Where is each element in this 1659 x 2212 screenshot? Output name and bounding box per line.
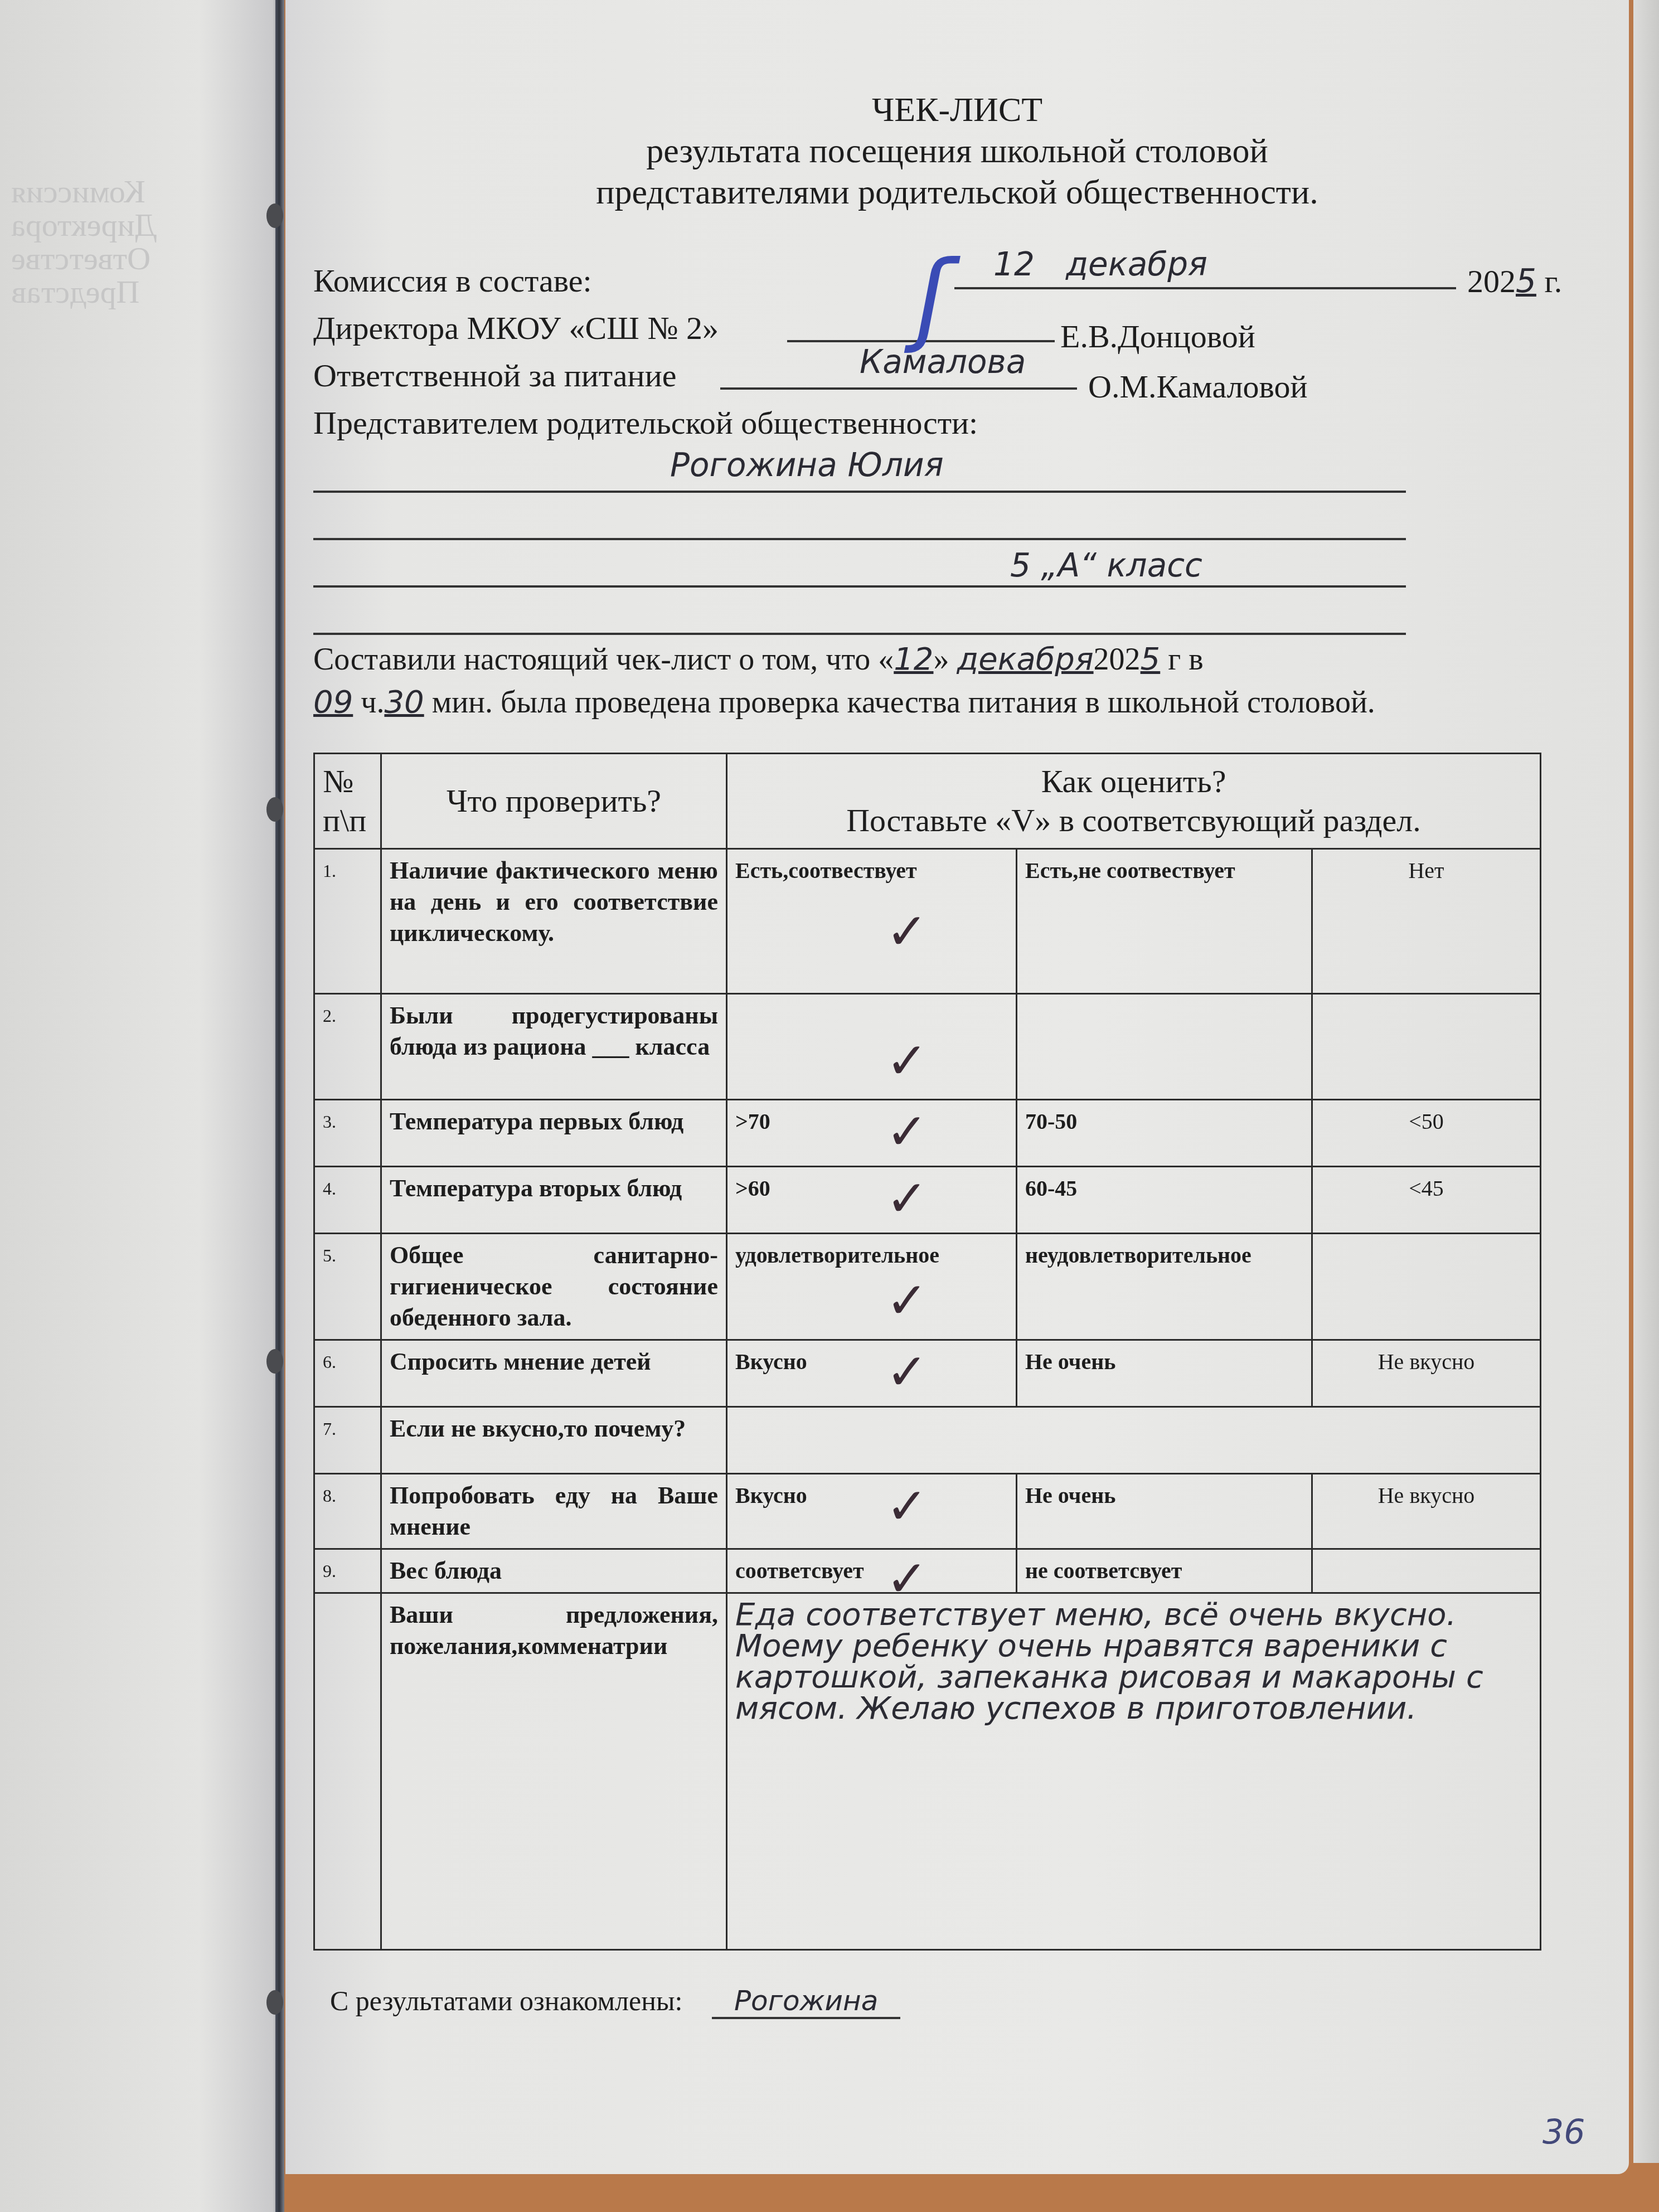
row-option-cell[interactable]: Вкусно✓ — [727, 1474, 1017, 1549]
row-option-cell[interactable] — [1312, 1549, 1541, 1593]
option-label: Не вкусно — [1378, 1349, 1475, 1374]
table-row: 4.Температура вторых блюд>60✓60-45<45 — [314, 1167, 1541, 1234]
row-option-cell[interactable] — [1312, 994, 1541, 1100]
ghost-text: Комиссия — [11, 173, 145, 210]
parent-class: 5 „А“ класс — [1010, 546, 1202, 584]
checklist-table: № п\п Что проверить? Как оценить? Постав… — [313, 753, 1541, 1951]
commission-label: Комиссия в составе: — [313, 262, 592, 299]
binder-ring — [266, 1990, 283, 2015]
check-mark-icon: ✓ — [886, 1036, 928, 1086]
table-row: 3.Температура первых блюд>70✓70-50<50 — [314, 1100, 1541, 1167]
row-number: 8. — [314, 1474, 381, 1549]
row-criterion: Общее санитарно-гигиеническое состояние … — [381, 1234, 727, 1340]
row-number: 7. — [314, 1407, 381, 1474]
nutrition-label: Ответственной за питание — [313, 357, 676, 394]
page-number: 36 — [1542, 2113, 1585, 2152]
header-date-day: 12 — [993, 245, 1035, 283]
director-label: Директора МКОУ «СШ № 2» — [313, 309, 719, 347]
row-criterion: Наличие фактического меню на день и его … — [381, 849, 727, 994]
acknowledged-label: С результатами ознакомлены: — [330, 1985, 682, 2016]
header-what: Что проверить? — [381, 754, 727, 849]
document-subtitle: результата посещения школьной столовой — [285, 130, 1629, 172]
option-label: Не очень — [1025, 1483, 1115, 1508]
option-label: >70 — [735, 1109, 770, 1134]
option-label: Вкусно — [735, 1349, 807, 1374]
director-name: Е.В.Донцовой — [1060, 318, 1255, 355]
row-option-cell[interactable]: не соответсвует — [1017, 1549, 1312, 1593]
check-mark-icon: ✓ — [886, 1174, 928, 1224]
row-option-cell[interactable]: соответсвует✓ — [727, 1549, 1017, 1593]
table-row: 7.Если не вкусно,то почему? — [314, 1407, 1541, 1474]
row-option-cell[interactable]: <50 — [1312, 1100, 1541, 1167]
table-row: 5.Общее санитарно-гигиеническое состояни… — [314, 1234, 1541, 1340]
row-option-cell[interactable]: <45 — [1312, 1167, 1541, 1234]
row-number: 5. — [314, 1234, 381, 1340]
row-number: 9. — [314, 1549, 381, 1593]
option-label: >60 — [735, 1176, 770, 1201]
row-option-cell[interactable]: 70-50 — [1017, 1100, 1312, 1167]
row-option-cell[interactable]: >60✓ — [727, 1167, 1017, 1234]
option-label: Есть,соотвествует — [735, 858, 917, 883]
row-option-cell[interactable] — [1312, 1234, 1541, 1340]
option-label: Не очень — [1025, 1349, 1115, 1374]
page-edge — [1633, 0, 1659, 2163]
row-number: 6. — [314, 1340, 381, 1407]
header-date-month: декабря — [1066, 245, 1207, 283]
left-page: Комиссия Директора Ответстве Представ — [0, 0, 284, 2212]
table-row-comments: Ваши предложения, пожелания,комменатрии … — [314, 1593, 1541, 1950]
check-mark-icon: ✓ — [886, 1107, 928, 1157]
check-mark-icon: ✓ — [886, 907, 928, 957]
row-criterion: Вес блюда — [381, 1549, 727, 1593]
row-option-cell[interactable]: Есть,соотвествует✓ — [727, 849, 1017, 994]
binder-ring — [266, 1349, 283, 1374]
option-label: Есть,не соотвествует — [1025, 858, 1235, 883]
row-option-cell[interactable]: Не вкусно — [1312, 1474, 1541, 1549]
row-criterion: Были продегустированы блюда из рациона _… — [381, 994, 727, 1100]
row-criterion: Спросить мнение детей — [381, 1340, 727, 1407]
row-number: 1. — [314, 849, 381, 994]
binder-spine — [275, 0, 283, 2212]
check-mark-icon: ✓ — [886, 1347, 928, 1398]
header-number: № п\п — [314, 754, 381, 849]
row-option-cell[interactable] — [1017, 994, 1312, 1100]
row-option-cell[interactable]: ✓ — [727, 994, 1017, 1100]
document-page: ЧЕК-ЛИСТ результата посещения школьной с… — [285, 0, 1629, 2174]
director-signature-icon: ʃ — [915, 240, 949, 356]
row-criterion: Температура вторых блюд — [381, 1167, 727, 1234]
check-mark-icon: ✓ — [886, 1276, 928, 1326]
row-option-cell[interactable]: 60-45 — [1017, 1167, 1312, 1234]
row-option-cell[interactable]: Не очень — [1017, 1474, 1312, 1549]
nutrition-name: О.М.Камаловой — [1088, 368, 1308, 405]
option-label: не соответсвует — [1025, 1558, 1182, 1583]
parent-name: Рогожина Юлия — [670, 446, 944, 484]
ghost-text: Ответстве — [11, 240, 151, 277]
acknowledged-section: С результатами ознакомлены: Рогожина — [330, 1985, 900, 2017]
option-label: Вкусно — [735, 1483, 807, 1508]
option-label: <45 — [1409, 1176, 1444, 1201]
row-number: 2. — [314, 994, 381, 1100]
header-how: Как оценить? Поставьте «V» в соответсвую… — [727, 754, 1541, 849]
row-option-cell[interactable]: Есть,не соотвествует — [1017, 849, 1312, 994]
row-option-cell[interactable]: Не вкусно — [1312, 1340, 1541, 1407]
binder-ring — [266, 797, 283, 822]
row-option-cell[interactable]: Вкусно✓ — [727, 1340, 1017, 1407]
row-option-cell[interactable]: удовлетворительное✓ — [727, 1234, 1017, 1340]
ghost-text: Директора — [11, 206, 157, 244]
table-row: 1.Наличие фактического меню на день и ег… — [314, 849, 1541, 994]
option-label: удовлетворительное — [735, 1243, 939, 1268]
row-number: 4. — [314, 1167, 381, 1234]
header-date-year: 2025 г. — [1467, 262, 1562, 300]
document-title: ЧЕК-ЛИСТ — [285, 89, 1629, 130]
document-subtitle: представителями родительской общественно… — [285, 172, 1629, 213]
row-criterion: Температура первых блюд — [381, 1100, 727, 1167]
statement-line-1: Составили настоящий чек-лист о том, что … — [313, 641, 1204, 677]
option-label: Не вкусно — [1378, 1483, 1475, 1508]
option-label: соответсвует — [735, 1558, 864, 1583]
binder-ring — [266, 203, 283, 228]
option-label: 70-50 — [1025, 1109, 1077, 1134]
check-mark-icon: ✓ — [886, 1554, 928, 1604]
row-option-cell[interactable]: Не очень — [1017, 1340, 1312, 1407]
table-row: 8.Попробовать еду на Ваше мнениеВкусно✓Н… — [314, 1474, 1541, 1549]
comments-text: Еда соответствует меню, всё очень вкусно… — [727, 1593, 1541, 1950]
option-label: Нет — [1408, 858, 1444, 883]
parent-label: Представителем родительской общественнос… — [313, 404, 978, 442]
table-row: 2.Были продегустированы блюда из рациона… — [314, 994, 1541, 1100]
check-mark-icon: ✓ — [886, 1482, 928, 1532]
row-criterion: Если не вкусно,то почему? — [381, 1407, 727, 1474]
option-label: 60-45 — [1025, 1176, 1077, 1201]
table-row: 9.Вес блюдасоответсвует✓не соответсвует — [314, 1549, 1541, 1593]
ghost-text: Представ — [11, 273, 139, 311]
row-option-cell[interactable]: неудовлетворительное — [1017, 1234, 1312, 1340]
row-number: 3. — [314, 1100, 381, 1167]
comments-label: Ваши предложения, пожелания,комменатрии — [381, 1593, 727, 1950]
row-option-cell[interactable]: Нет — [1312, 849, 1541, 994]
table-header-row: № п\п Что проверить? Как оценить? Постав… — [314, 754, 1541, 849]
row-option-cell[interactable]: >70✓ — [727, 1100, 1017, 1167]
row-criterion: Попробовать еду на Ваше мнение — [381, 1474, 727, 1549]
acknowledged-signature: Рогожина — [712, 1985, 900, 2019]
option-label: <50 — [1409, 1109, 1444, 1134]
statement-line-2: 09 ч.30 мин. была проведена проверка кач… — [313, 683, 1540, 722]
option-label: неудовлетворительное — [1025, 1243, 1251, 1268]
row-answer-cell[interactable] — [727, 1407, 1541, 1474]
table-row: 6.Спросить мнение детейВкусно✓Не оченьНе… — [314, 1340, 1541, 1407]
